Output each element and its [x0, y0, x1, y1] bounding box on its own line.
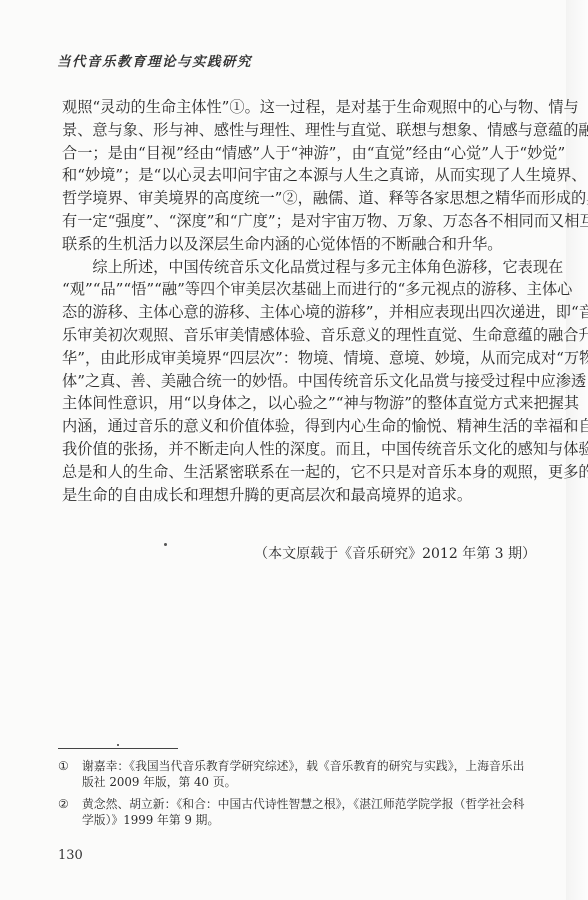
page-number: 130: [58, 848, 83, 863]
footnote-marker: ①: [58, 758, 69, 774]
text-line: 内涵，通过音乐的意义和价值体验，得到内心生命的愉悦、精神生活的幸福和自: [62, 415, 540, 438]
text-line: 哲学境界、审美境界的高度统一”②，融儒、道、释等各家思想之精华而形成的具: [62, 187, 540, 210]
paragraph-2: 综上所述，中国传统音乐文化品赏过程与多元主体角色游移，它表现在 “观”“品”“悟…: [62, 256, 540, 507]
text-line: “观”“品”“悟”“融”等四个审美层次基础上而进行的“多元视点的游移、主体心: [62, 278, 540, 301]
text-line: 和“妙境”；是“以心灵去叩问宇宙之本源与人生之真谛，从而实现了人生境界、: [62, 164, 540, 187]
text-line: 综上所述，中国传统音乐文化品赏过程与多元主体角色游移，它表现在: [62, 256, 540, 279]
stray-mark: [117, 744, 119, 746]
footnotes: ① 谢嘉幸：《我国当代音乐教育学研究综述》，载《音乐教育的研究与实践》，上海音乐…: [58, 758, 528, 834]
text-line: 华”，由此形成审美境界“四层次”：物境、情境、意境、妙境，从而完成对“万物一: [62, 347, 540, 370]
text-line: 有一定“强度”、“深度”和“广度”；是对宇宙万物、万象、万态各不相同而又相互: [62, 210, 540, 233]
paragraph-1: 观照“灵动的生命主体性”①。这一过程，是对基于生命观照中的心与物、情与 景、意与…: [62, 96, 540, 256]
text-line: 总是和人的生命、生活紧密联系在一起的，它不只是对音乐本身的观照，更多的: [62, 461, 540, 484]
text-line: 是生命的自由成长和理想升腾的更高层次和最高境界的追求。: [62, 484, 540, 507]
stray-mark: [164, 543, 167, 546]
text-line: 合一；是由“目视”经由“情感”人于“神游”，由“直觉”经由“心觉”人于“妙觉”: [62, 142, 540, 165]
text-line: 联系的生机活力以及深层生命内涵的心觉体悟的不断融合和升华。: [62, 233, 540, 256]
text-line: 乐审美初次观照、音乐审美情感体验、音乐意义的理性直觉、生命意蕴的融合升: [62, 324, 540, 347]
footnote-marker: ②: [58, 796, 69, 812]
text-line: 体”之真、善、美融合统一的妙悟。中国传统音乐文化品赏与接受过程中应渗透: [62, 370, 540, 393]
text-line: 态的游移、主体心意的游移、主体心境的游移”，并相应表现出四次递进，即“音: [62, 301, 540, 324]
text-line: 观照“灵动的生命主体性”①。这一过程，是对基于生命观照中的心与物、情与: [62, 96, 540, 119]
body-text: 观照“灵动的生命主体性”①。这一过程，是对基于生命观照中的心与物、情与 景、意与…: [62, 96, 540, 506]
running-head: 当代音乐教育理论与实践研究: [57, 50, 252, 70]
footnote-2: ② 黄念然、胡立新：《和合：中国古代诗性智慧之根》，《湛江师范学院学报（哲学社会…: [58, 796, 528, 828]
footnote-text: 黄念然、胡立新：《和合：中国古代诗性智慧之根》，《湛江师范学院学报（哲学社会科学…: [82, 797, 524, 827]
source-note: （本文原载于《音乐研究》2012 年第 3 期）: [254, 543, 536, 563]
footnote-1: ① 谢嘉幸：《我国当代音乐教育学研究综述》，载《音乐教育的研究与实践》，上海音乐…: [58, 758, 528, 790]
text-line: 我价值的张扬，并不断走向人性的深度。而且，中国传统音乐文化的感知与体验: [62, 438, 540, 461]
text-line: 主体间性意识，用“以身体之，以心验之”“神与物游”的整体直觉方式来把握其: [62, 392, 540, 415]
footnote-text: 谢嘉幸：《我国当代音乐教育学研究综述》，载《音乐教育的研究与实践》，上海音乐出版…: [82, 759, 524, 789]
footnote-divider: [58, 748, 178, 749]
text-line: 景、意与象、形与神、感性与理性、理性与直觉、联想与想象、情感与意蕴的融通、: [62, 119, 540, 142]
